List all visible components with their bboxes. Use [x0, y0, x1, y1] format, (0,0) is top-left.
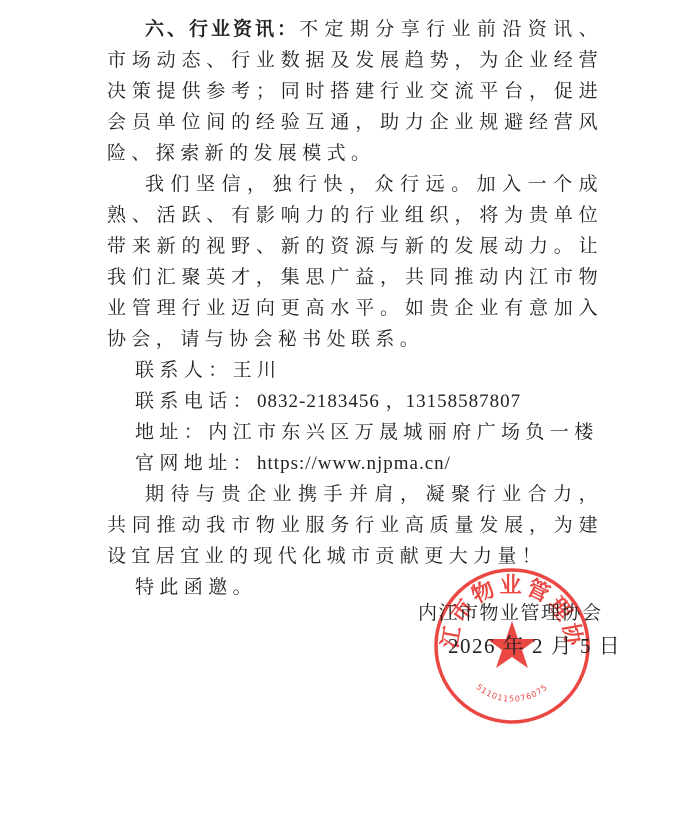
website-link[interactable]: https://www.njpma.cn/ [257, 453, 451, 474]
contact-website: 官网地址：https://www.njpma.cn/ [107, 448, 603, 479]
contact-person: 联系人：王川 [107, 355, 603, 386]
signature-block: 内江市物业管理协会 2026 年 2 月 5 日 [418, 597, 621, 663]
letter-body: 六、行业资讯：不定期分享行业前沿资讯、市场动态、行业数据及发展趋势，为企业经营决… [107, 14, 603, 603]
contact-phone: 联系电话：0832-2183456 ，13158587807 [107, 386, 603, 417]
signature-date: 2026 年 2 月 5 日 [418, 630, 621, 663]
belief-paragraph: 我们坚信，独行快，众行远。加入一个成熟、活跃、有影响力的行业组织，将为贵单位带来… [107, 169, 603, 355]
svg-text:5110115076075: 5110115076075 [474, 682, 549, 703]
section-6-paragraph: 六、行业资讯：不定期分享行业前沿资讯、市场动态、行业数据及发展趋势，为企业经营决… [107, 14, 603, 169]
signature-organization: 内江市物业管理协会 [418, 597, 621, 630]
contact-address: 地址：内江市东兴区万晟城丽府广场负一楼 [107, 417, 603, 448]
seal-code: 5110115076075 [474, 682, 549, 703]
closing-paragraph: 期待与贵企业携手并肩，凝聚行业合力，共同推动我市物业服务行业高质量发展，为建设宜… [107, 479, 603, 572]
section-6-heading: 六、行业资讯： [145, 18, 299, 40]
